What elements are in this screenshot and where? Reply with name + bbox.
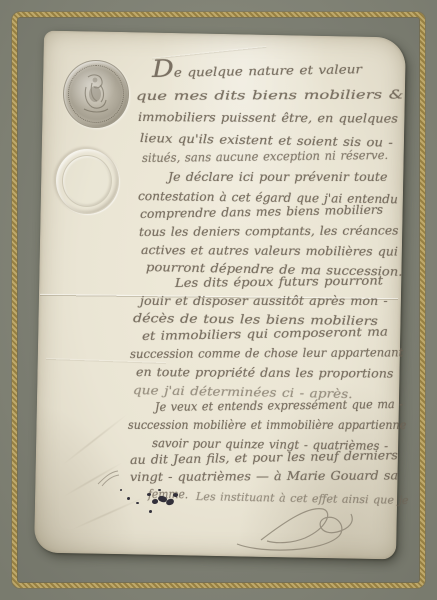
ink-blot: [127, 497, 130, 500]
inked-revenue-stamp: [63, 60, 129, 128]
blind-embossed-seal: [55, 148, 119, 214]
ink-blot: [120, 489, 122, 491]
stamp-figure-icon: [70, 67, 120, 119]
blind-seal-ring: [62, 155, 112, 207]
framed-manuscript-photo: De quelque nature et valeurque mes dits …: [0, 0, 437, 600]
ink-blot: [152, 499, 158, 504]
ink-blot: [158, 489, 161, 491]
paper-fold-crease-top: [152, 46, 267, 60]
pen-scratch-mark: [96, 468, 122, 490]
ink-blot: [136, 502, 139, 504]
ink-blot: [149, 510, 152, 513]
signature-flourish: [233, 500, 363, 558]
ink-blot: [147, 493, 151, 496]
